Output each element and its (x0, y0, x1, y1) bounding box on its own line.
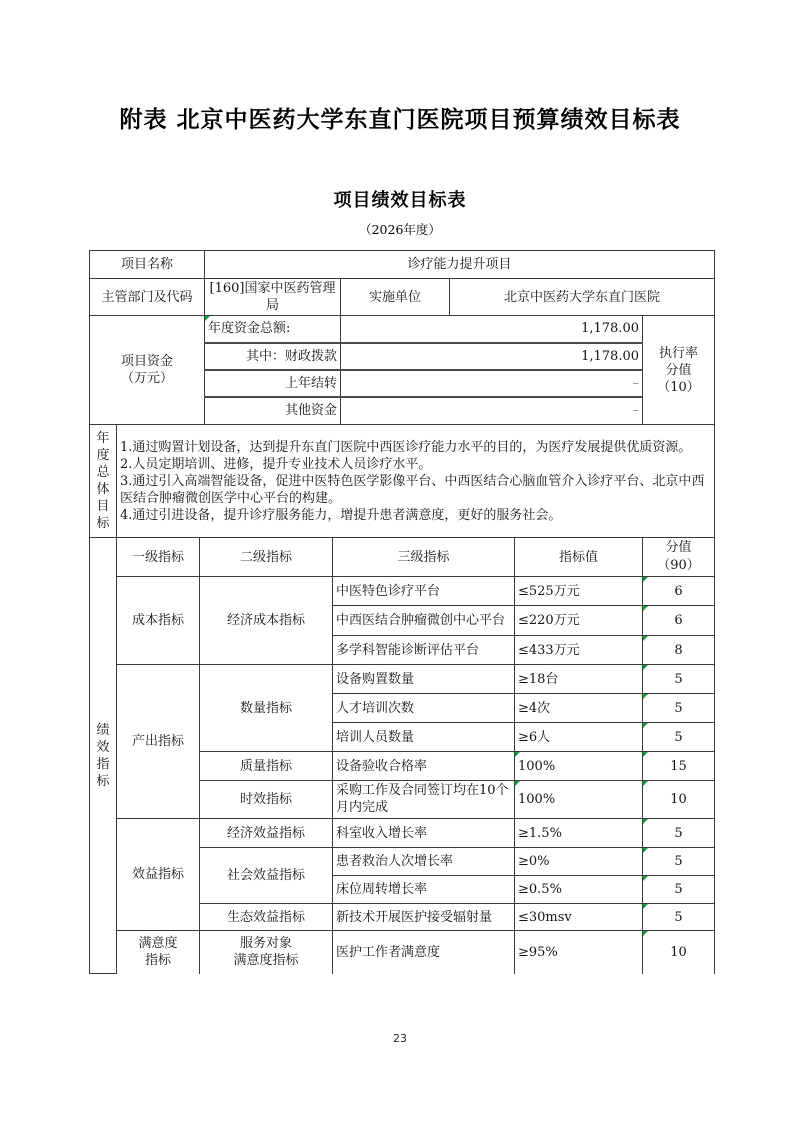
project-funds-label: 项目资金 （万元） (90, 316, 205, 425)
indicator-value: ≤525万元 (515, 577, 643, 606)
level3-indicator: 设备验收合格率 (333, 752, 515, 781)
document-page: 附表 北京中医药大学东直门医院项目预算绩效目标表 项目绩效目标表 （2026年度… (0, 0, 800, 1131)
implementing-unit-label: 实施单位 (341, 279, 450, 316)
level3-indicator: 中医特色诊疗平台 (333, 577, 515, 606)
level3-indicator: 医护工作者满意度 (333, 931, 515, 974)
level1-satisfaction: 满意度 指标 (117, 931, 200, 974)
level2-economic-cost: 经济成本指标 (200, 577, 333, 665)
funding-fiscal-value: 1,178.00 (341, 343, 643, 370)
level2-service-target-satisfaction: 服务对象 满意度指标 (200, 931, 333, 974)
funding-carryover-label: 上年结转 (205, 370, 341, 397)
department-label: 主管部门及代码 (90, 279, 205, 316)
project-name-value: 诊疗能力提升项目 (205, 251, 715, 279)
indicator-value: ≥0% (515, 848, 643, 876)
indicator-value: ≤433万元 (515, 636, 643, 665)
table-row: 年 度 总 体 目 标 1.通过购置计划设备，达到提升东直门医院中西医诊疗能力水… (90, 425, 715, 538)
score-cell: 5 (643, 848, 715, 876)
table-row: 项目资金 （万元） 年度资金总额: 1,178.00 执行率 分值 （10） (90, 316, 715, 343)
funding-other-value: – (341, 397, 643, 425)
performance-target-table: 项目名称 诊疗能力提升项目 主管部门及代码 [160]国家中医药管理局 实施单位… (89, 250, 715, 974)
document-title: 附表 北京中医药大学东直门医院项目预算绩效目标表 (0, 101, 800, 134)
project-name-label: 项目名称 (90, 251, 205, 279)
department-value: [160]国家中医药管理局 (205, 279, 341, 316)
header-value: 指标值 (515, 538, 643, 577)
indicator-value: ≥6人 (515, 723, 643, 752)
level1-benefit: 效益指标 (117, 819, 200, 931)
score-cell: 15 (643, 752, 715, 781)
score-cell: 10 (643, 931, 715, 974)
level3-indicator: 多学科智能诊断评估平台 (333, 636, 515, 665)
table-row: 效益指标 经济效益指标 科室收入增长率 ≥1.5% 5 (90, 819, 715, 848)
score-cell: 5 (643, 904, 715, 931)
level1-output: 产出指标 (117, 665, 200, 819)
header-level3: 三级指标 (333, 538, 515, 577)
funding-carryover-value: – (341, 370, 643, 397)
level3-indicator: 人才培训次数 (333, 694, 515, 723)
performance-indicator-label: 绩 效 指 标 (90, 538, 117, 974)
table-row: 绩 效 指 标 一级指标 二级指标 三级指标 指标值 分值 （90） (90, 538, 715, 577)
table-row: 产出指标 数量指标 设备购置数量 ≥18台 5 (90, 665, 715, 694)
header-level1: 一级指标 (117, 538, 200, 577)
level2-economic-benefit: 经济效益指标 (200, 819, 333, 848)
table-row: 满意度 指标 服务对象 满意度指标 医护工作者满意度 ≥95% 10 (90, 931, 715, 974)
score-cell: 10 (643, 781, 715, 819)
indicator-value: ≤220万元 (515, 606, 643, 636)
level2-quality: 质量指标 (200, 752, 333, 781)
execution-rate-score-label: 执行率 分值 （10） (643, 316, 715, 425)
level3-indicator: 科室收入增长率 (333, 819, 515, 848)
indicator-value: ≥1.5% (515, 819, 643, 848)
score-cell: 8 (643, 636, 715, 665)
annual-goal-text: 1.通过购置计划设备，达到提升东直门医院中西医诊疗能力水平的目的，为医疗发展提供… (117, 425, 715, 538)
indicator-value: ≥95% (515, 931, 643, 974)
funding-total-value: 1,178.00 (341, 316, 643, 343)
level3-indicator: 患者救治人次增长率 (333, 848, 515, 876)
header-score: 分值 （90） (643, 538, 715, 577)
score-cell: 5 (643, 723, 715, 752)
level2-eco-benefit: 生态效益指标 (200, 904, 333, 931)
level2-quantity: 数量指标 (200, 665, 333, 752)
score-cell: 5 (643, 819, 715, 848)
level3-indicator: 设备购置数量 (333, 665, 515, 694)
indicator-value: ≤30msv (515, 904, 643, 931)
table-row: 主管部门及代码 [160]国家中医药管理局 实施单位 北京中医药大学东直门医院 (90, 279, 715, 316)
page-number: 23 (0, 1032, 800, 1045)
table-row: 项目名称 诊疗能力提升项目 (90, 251, 715, 279)
score-cell: 6 (643, 577, 715, 606)
level3-indicator: 新技术开展医护接受辐射量 (333, 904, 515, 931)
score-cell: 5 (643, 876, 715, 904)
level1-cost: 成本指标 (117, 577, 200, 665)
implementing-unit-value: 北京中医药大学东直门医院 (450, 279, 715, 316)
indicator-value: ≥18台 (515, 665, 643, 694)
indicator-value: ≥4次 (515, 694, 643, 723)
header-level2: 二级指标 (200, 538, 333, 577)
level3-indicator: 中西医结合肿瘤微创中心平台 (333, 606, 515, 636)
indicator-value: 100% (515, 752, 643, 781)
annual-goal-label: 年 度 总 体 目 标 (90, 425, 117, 538)
indicator-value: 100% (515, 781, 643, 819)
table-row: 成本指标 经济成本指标 中医特色诊疗平台 ≤525万元 6 (90, 577, 715, 606)
score-cell: 6 (643, 606, 715, 636)
funding-fiscal-label: 其中：财政拨款 (205, 343, 341, 370)
level2-timeliness: 时效指标 (200, 781, 333, 819)
level3-indicator: 床位周转增长率 (333, 876, 515, 904)
score-cell: 5 (643, 665, 715, 694)
score-cell: 5 (643, 694, 715, 723)
form-title: 项目绩效目标表 (0, 186, 800, 212)
level3-indicator: 采购工作及合同签订均在10个月内完成 (333, 781, 515, 819)
indicator-value: ≥0.5% (515, 876, 643, 904)
funding-total-label: 年度资金总额: (205, 316, 341, 343)
form-period: （2026年度） (0, 220, 800, 238)
funding-other-label: 其他资金 (205, 397, 341, 425)
level3-indicator: 培训人员数量 (333, 723, 515, 752)
level2-social-benefit: 社会效益指标 (200, 848, 333, 904)
